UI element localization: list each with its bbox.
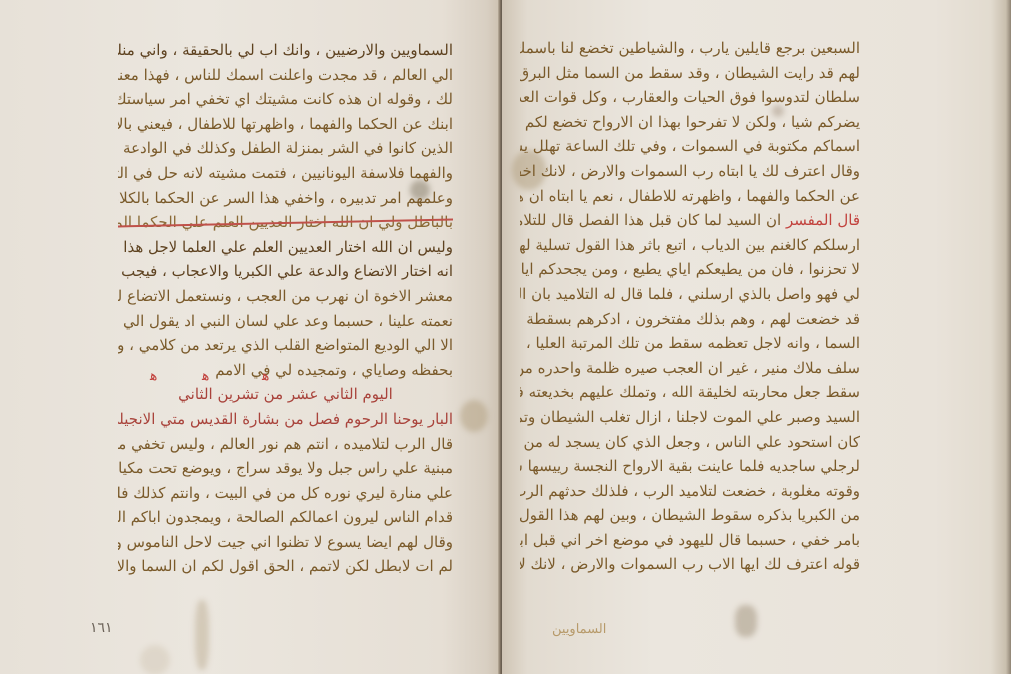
text-line: وعلمهم امر تدبيره ، واخفي هذا السر عن ال… (118, 186, 453, 211)
text-line: قدام الناس ليرون اعمالكم الصالحة ، ويمجد… (118, 505, 453, 530)
text-line: والفهما فلاسفة اليونانيين ، فتمت مشيته ل… (118, 161, 453, 186)
text-line: يضركم شيا ، ولكن لا تفرحوا بهذا ان الارو… (520, 110, 860, 135)
text-line: انه اختار الاتضاع والدعة علي الكبريا وال… (118, 259, 453, 284)
margin-marks: ﻫ ﻫ ﻫ (150, 368, 450, 392)
text-line: سقط جعل محاربته لخليقة الله ، وتملك عليه… (520, 380, 860, 405)
stain (735, 605, 757, 637)
text-line: لي فهو واصل بالذي ارسلني ، فلما قال له ا… (520, 282, 860, 307)
text-line: معشر الاخوة ان نهرب من العجب ، ونستعمل ا… (118, 284, 453, 309)
text-line: بامر خفي ، حسبما قال لليهود في موضع اخر … (520, 528, 860, 553)
text-line: وليس ان الله اختار العديين العلم علي الع… (118, 235, 453, 260)
rubric-mark: ﻫ (150, 368, 157, 384)
text-line: علي منارة ليري نوره كل من في البيت ، وان… (118, 481, 453, 506)
text-line: من الكبريا بذكره سقوط الشيطان ، وبين لهم… (520, 503, 860, 528)
text-line: ارسلكم كالغنم بين الدياب ، اتبع باثر هذا… (520, 233, 860, 258)
folio-number: ١٦١ (90, 620, 113, 636)
rubric-heading-gospel: البار يوحنا الرحوم فصل من بشارة القديس م… (118, 407, 453, 432)
text-line: السبعين برجع قايلين يارب ، والشياطين تخض… (520, 36, 860, 61)
stain (460, 400, 488, 432)
text-line: ابنك عن الحكما والفهما ، واظهرتها للاطفا… (118, 112, 453, 137)
text-line: قد خضعت لهم ، وهم بذلك مفتخرون ، ادكرهم … (520, 307, 860, 332)
stain (195, 600, 209, 670)
text-line: لرجلي ساجديه فلما عاينت بقية الارواح الن… (520, 454, 860, 479)
manuscript-spread: السماويين والارضيين ، وانك اب لي بالحقيق… (0, 0, 1011, 674)
text-line: الي العالم ، قد مجدت واعلنت اسمك للناس ،… (118, 63, 453, 88)
rubric-mark: ﻫ (262, 368, 269, 384)
text-line: مبنية علي راس جبل ولا يوقد سراج ، ويوضع … (118, 456, 453, 481)
struck-through-line: بالباطل ولي ان الله اختار العديين العلم … (118, 210, 453, 235)
text-line: لهم قد رايت الشيطان ، وقد سقط من السما م… (520, 61, 860, 86)
text-line: قوله اعترف لك ايها الاب رب السموات والار… (520, 552, 860, 577)
text-line-with-rubric: قال المفسر ان السيد لما كان قبل هذا الفص… (520, 208, 860, 233)
text-line: لا تحزنوا ، فان من يطيعكم اياي يطيع ، وم… (520, 257, 860, 282)
text-line: قال الرب لتلاميده ، انتم هم نور العالم ،… (118, 432, 453, 457)
rubric-word: قال المفسر (786, 211, 860, 229)
text-line: سلطان لتدوسوا فوق الحيات والعقارب ، وكل … (520, 85, 860, 110)
text-line: السماويين والارضيين ، وانك اب لي بالحقيق… (118, 38, 453, 63)
text-line: كان استحود علي الناس ، وجعل الذي كان يسج… (520, 430, 860, 455)
text-line: السما ، وانه لاجل تعظمه سقط من تلك المرت… (520, 331, 860, 356)
text-line: وقال اعترف لك يا ابتاه رب السموات والارض… (520, 159, 860, 184)
left-page-text: السماويين والارضيين ، وانك اب لي بالحقيق… (118, 38, 453, 579)
text-line: ان السيد لما كان قبل هذا الفصل قال للتلا… (520, 211, 781, 229)
text-line: الذين كانوا في الشر بمنزلة الطفل وكذلك ف… (118, 136, 453, 161)
text-line: وقال لهم ايضا يسوع لا تظنوا اني جيت لاحل… (118, 530, 453, 555)
text-line: سلف ملاك منير ، غير ان العجب صيره ظلمة و… (520, 356, 860, 381)
text-line: نعمته علينا ، حسبما وعد علي لسان النبي ا… (118, 309, 453, 334)
right-page-text: السبعين برجع قايلين يارب ، والشياطين تخض… (520, 36, 860, 577)
rubric-mark: ﻫ (202, 368, 209, 384)
stain (140, 645, 170, 674)
right-page: السبعين برجع قايلين يارب ، والشياطين تخض… (502, 0, 1011, 674)
catchword: السماويين (552, 622, 606, 637)
left-page: السماويين والارضيين ، وانك اب لي بالحقيق… (0, 0, 502, 674)
text-line: وقوته مغلوبة ، خضعت لتلاميد الرب ، فلذلك… (520, 479, 860, 504)
text-line: عن الحكما والفهما ، واظهرته للاطفال ، نع… (520, 184, 860, 209)
text-line: اسماكم مكتوبة في السموات ، وفي تلك الساع… (520, 134, 860, 159)
text-line: السيد وصبر علي الموت لاجلنا ، ازال تغلب … (520, 405, 860, 430)
text-line: لم ات لابطل لكن لاتمم ، الحق اقول لكم ان… (118, 554, 453, 579)
text-line: الا الي الوديع المتواضع القلب الذي يرتعد… (118, 333, 453, 358)
text-line: لك ، وقوله ان هذه كانت مشيتك اي تخفي امر… (118, 87, 453, 112)
